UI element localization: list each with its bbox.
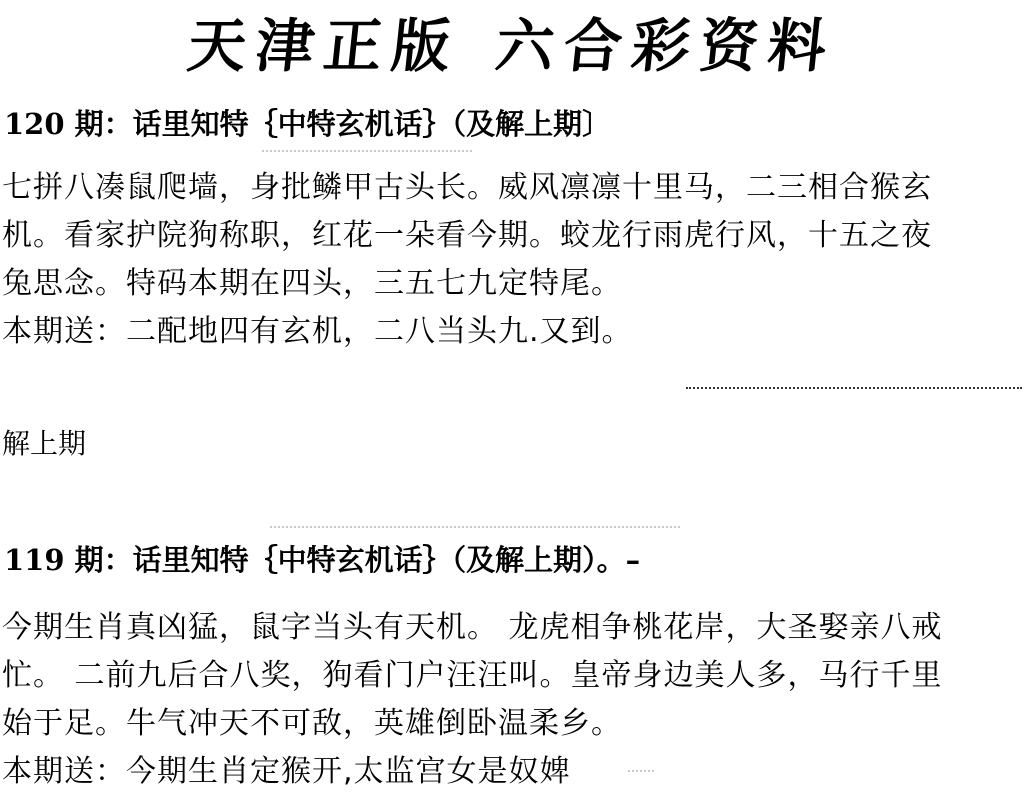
page-title: 天津正版六合彩资料 [0, 12, 1024, 80]
issue-120-line-2: 机。看家护院狗称职，红花一朵看今期。蛟龙行雨虎行风，十五之夜 [2, 212, 1024, 260]
issue-119-body: 今期生肖真凶猛，鼠字当头有天机。 龙虎相争桃花岸，大圣娶亲八戒 忙。 二前九后合… [2, 604, 1024, 796]
faint-artifact [628, 770, 654, 774]
issue-119-line-3: 始于足。牛气冲天不可敌，英雄倒卧温柔乡。 [2, 700, 1024, 748]
issue-119-line-1: 今期生肖真凶猛，鼠字当头有天机。 龙虎相争桃花岸，大圣娶亲八戒 [2, 604, 1024, 652]
issue-119-heading: 119 期：话里知特｛中特玄机话｝（及解上期）。– [4, 540, 640, 580]
issue-120-gift-line: 本期送：二配地四有玄机，二八当头九.又到。 [2, 308, 1024, 356]
previous-issue-label: 解上期 [2, 424, 86, 464]
issue-120-line-1: 七拼八凑鼠爬墙，身批鳞甲古头长。威风凛凛十里马，二三相合猴玄 [2, 164, 1024, 212]
title-right: 六合彩资料 [492, 12, 839, 80]
issue-120-body: 七拼八凑鼠爬墙，身批鳞甲古头长。威风凛凛十里马，二三相合猴玄 机。看家护院狗称职… [2, 164, 1024, 356]
issue-119-gift-line: 本期送：今期生肖定猴开,太监宫女是奴婢 [2, 748, 1024, 796]
issue-120-line-3: 兔思念。特码本期在四头，三五七九定特尾。 [2, 260, 1024, 308]
faint-artifact [270, 526, 680, 530]
faint-artifact [262, 150, 472, 154]
issue-120-heading: 120 期：话里知特｛中特玄机话｝（及解上期〕 [4, 104, 611, 144]
dotted-divider [686, 387, 1022, 389]
title-left: 天津正版 [184, 12, 463, 80]
issue-119-line-2: 忙。 二前九后合八奖，狗看门户汪汪叫。皇帝身边美人多，马行千里 [2, 652, 1024, 700]
